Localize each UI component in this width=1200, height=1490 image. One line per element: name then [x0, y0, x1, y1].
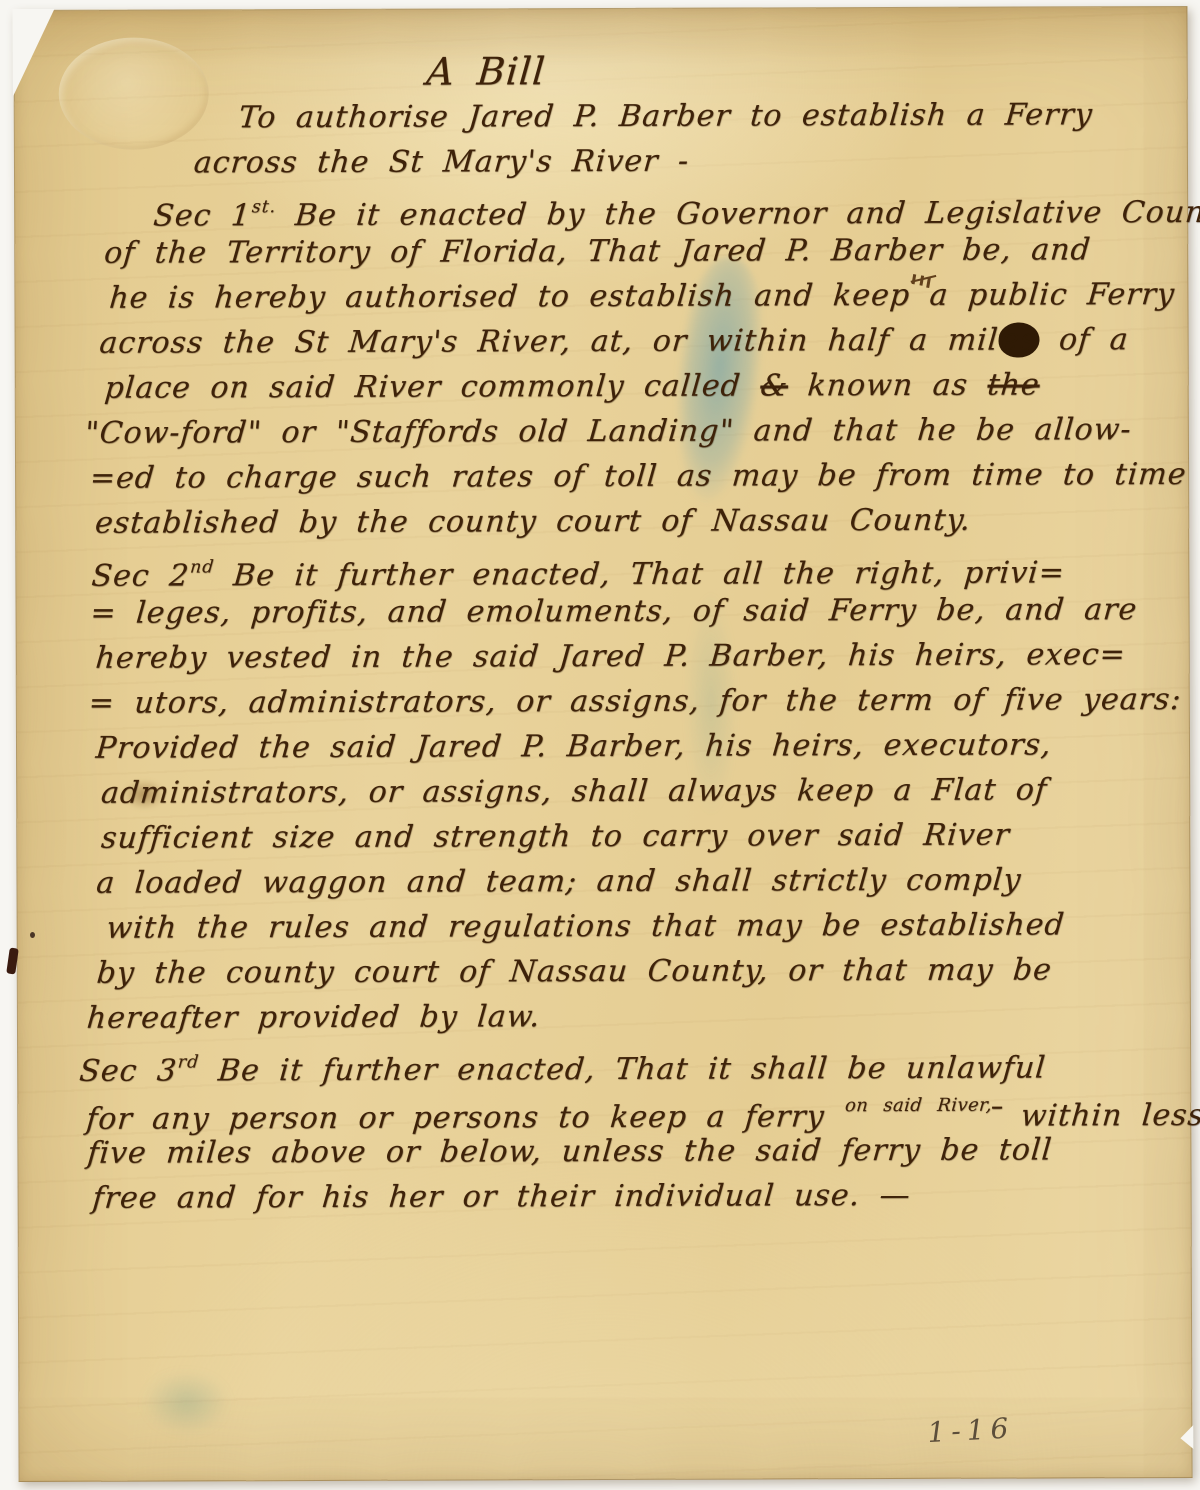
- manuscript-line: = utors, administrators, or assigns, for…: [87, 677, 1193, 726]
- manuscript-line: =ed to charge such rates of toll as may …: [88, 452, 1192, 501]
- manuscript-line: administrators, or assigns, shall always…: [99, 767, 1193, 816]
- manuscript-line: with the rules and regulations that may …: [105, 902, 1194, 951]
- manuscript-line: Sec 1st. Be it enacted by the Governor a…: [152, 182, 1191, 231]
- manuscript-line: across the St Mary's River, at, or withi…: [98, 317, 1192, 366]
- manuscript-line: hereafter provided by law.: [85, 992, 1194, 1041]
- manuscript-line: five miles above or below, unless the sa…: [86, 1127, 1195, 1176]
- manuscript-line: of the Territory of Florida, That Jared …: [102, 227, 1191, 276]
- manuscript-line: for any person or persons to keep a ferr…: [85, 1082, 1194, 1131]
- scan-background: A BillTo authorise Jared P. Barber to es…: [0, 0, 1200, 1490]
- manuscript-line: A Bill: [425, 47, 1191, 95]
- manuscript-line: established by the county court of Nassa…: [93, 497, 1192, 546]
- manuscript-line: by the county court of Nassau County, or…: [95, 947, 1194, 996]
- manuscript-line: sufficient size and strength to carry ov…: [99, 812, 1193, 861]
- manuscript-line: place on said River commonly called & kn…: [103, 362, 1192, 411]
- manuscript-line: To authorise Jared P. Barber to establis…: [237, 92, 1191, 140]
- manuscript-line: a loaded waggon and team; and shall stri…: [95, 857, 1194, 906]
- manuscript-line: hereby vested in the said Jared P. Barbe…: [94, 632, 1193, 681]
- manuscript-line: he is hereby authorised to establish and…: [108, 272, 1192, 321]
- paper: A BillTo authorise Jared P. Barber to es…: [13, 6, 1192, 1482]
- manuscript-line: free and for his her or their individual…: [91, 1172, 1195, 1221]
- manuscript-line: "Cow-ford" or "Staffords old Landing" an…: [83, 407, 1192, 456]
- manuscript-lines: A BillTo authorise Jared P. Barber to es…: [15, 47, 1191, 1221]
- edge-mark: [30, 932, 35, 938]
- manuscript-line: Provided the said Jared P. Barber, his h…: [94, 722, 1193, 771]
- manuscript-line: = leges, profits, and emoluments, of sai…: [89, 587, 1193, 636]
- page-number-pencil: 1-16: [927, 1411, 1016, 1449]
- stain-bottom-left: [131, 1362, 241, 1442]
- manuscript-line: Sec 3rd Be it further enacted, That it s…: [78, 1037, 1194, 1086]
- corner-notch-bottomright: [1180, 1425, 1193, 1449]
- manuscript-line: across the St Mary's River -: [192, 137, 1191, 185]
- manuscript-line: Sec 2nd Be it further enacted, That all …: [90, 542, 1192, 591]
